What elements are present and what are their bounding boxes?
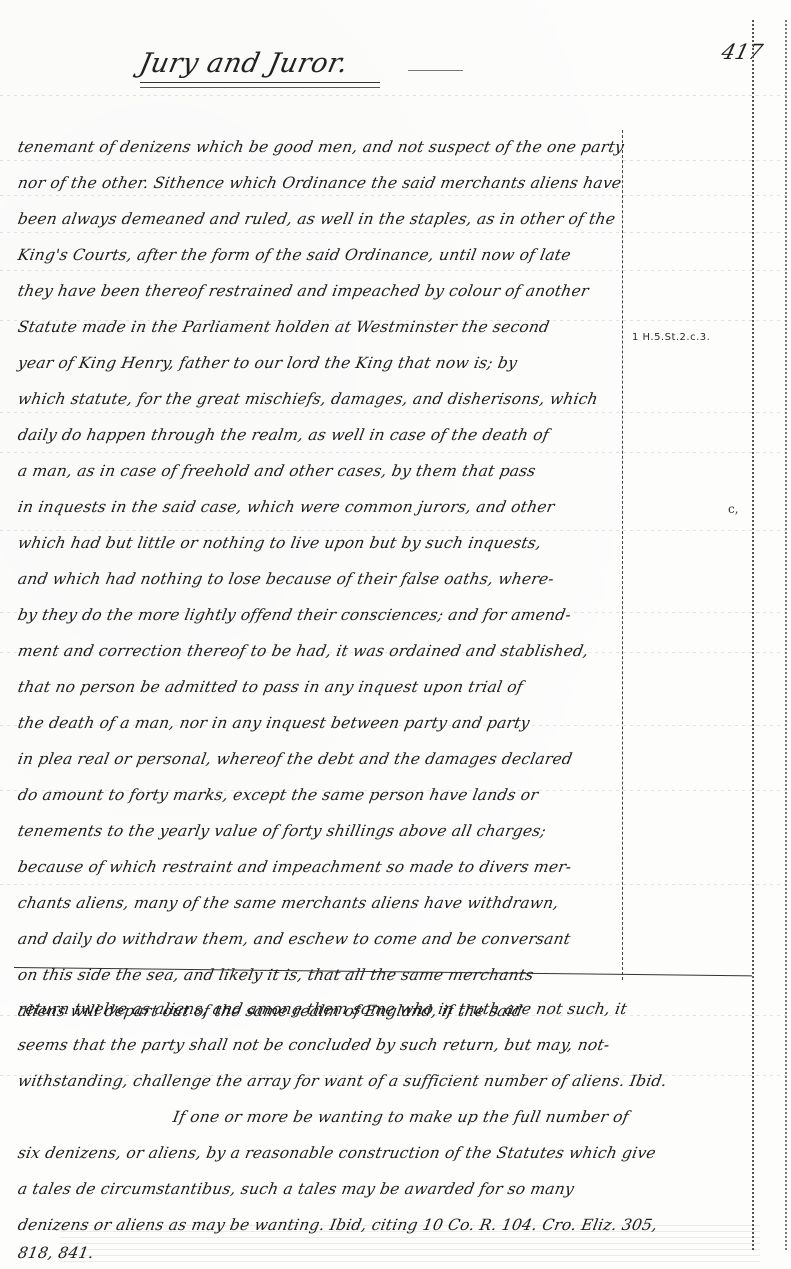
text-line: tenements to the yearly value of forty s…: [16, 822, 547, 840]
ruling-line: [0, 884, 791, 885]
text-line: Statute made in the Parliament holden at…: [16, 318, 550, 336]
text-line: a man, as in case of freehold and other …: [16, 462, 537, 480]
page-header: Jury and Juror. 417: [0, 30, 791, 100]
manuscript-page: Jury and Juror. 417 1 H.5.St.2.c.3. c, t…: [0, 0, 791, 1269]
margin-column-left-rule: [622, 130, 623, 980]
scan-noise: [60, 1222, 760, 1262]
margin-citation-note: 1 H.5.St.2.c.3.: [632, 332, 710, 343]
text-line: and daily do withdraw them, and eschew t…: [16, 930, 572, 948]
ruling-line: [0, 160, 791, 161]
text-line: the death of a man, nor in any inquest b…: [16, 714, 531, 732]
text-line: they have been thereof restrained and im…: [16, 282, 590, 300]
title-dash: [408, 70, 463, 71]
margin-mark: c,: [728, 502, 739, 516]
ruling-line: [0, 412, 791, 413]
ruling-line: [0, 530, 791, 531]
text-line: six denizens, or aliens, by a reasonable…: [16, 1144, 657, 1162]
text-line: a tales de circumstantibus, such a tales…: [16, 1180, 575, 1198]
text-line: year of King Henry, father to our lord t…: [16, 354, 518, 372]
text-line: return twelve as aliens, and among them …: [16, 1000, 628, 1018]
text-line: seems that the party shall not be conclu…: [16, 1036, 611, 1054]
text-line: tenemant of denizens which be good men, …: [16, 138, 625, 156]
ruling-line: [0, 270, 791, 271]
text-line: daily do happen through the realm, as we…: [16, 426, 550, 444]
text-line: because of which restraint and impeachme…: [16, 858, 573, 876]
text-line: chants aliens, many of the same merchant…: [16, 894, 560, 912]
text-line: ment and correction thereof to be had, i…: [16, 642, 590, 660]
text-line: in inquests in the said case, which were…: [16, 498, 556, 516]
text-line: withstanding, challenge the array for wa…: [16, 1072, 668, 1090]
page-number: 417: [719, 40, 765, 64]
text-line: in plea real or personal, whereof the de…: [16, 750, 573, 768]
text-line-indented: If one or more be wanting to make up the…: [171, 1108, 630, 1126]
page-title: Jury and Juror.: [137, 48, 351, 79]
right-edge-rule: [752, 20, 754, 1250]
text-line: nor of the other. Sithence which Ordinan…: [16, 174, 622, 192]
text-line: by they do the more lightly offend their…: [16, 606, 572, 624]
text-line: that no person be admitted to pass in an…: [16, 678, 524, 696]
title-double-underline: [140, 82, 380, 88]
ruling-line: [0, 452, 791, 453]
text-line: which had but little or nothing to live …: [16, 534, 542, 552]
text-line: which statute, for the great mischiefs, …: [16, 390, 599, 408]
text-line: do amount to forty marks, except the sam…: [16, 786, 539, 804]
ruling-line: [0, 195, 791, 196]
ruling-line: [0, 232, 791, 233]
page-edge-rule: [785, 20, 787, 1250]
text-line: and which had nothing to lose because of…: [16, 570, 555, 588]
text-line: King's Courts, after the form of the sai…: [16, 246, 572, 264]
text-line: been always demeaned and ruled, as well …: [16, 210, 616, 228]
